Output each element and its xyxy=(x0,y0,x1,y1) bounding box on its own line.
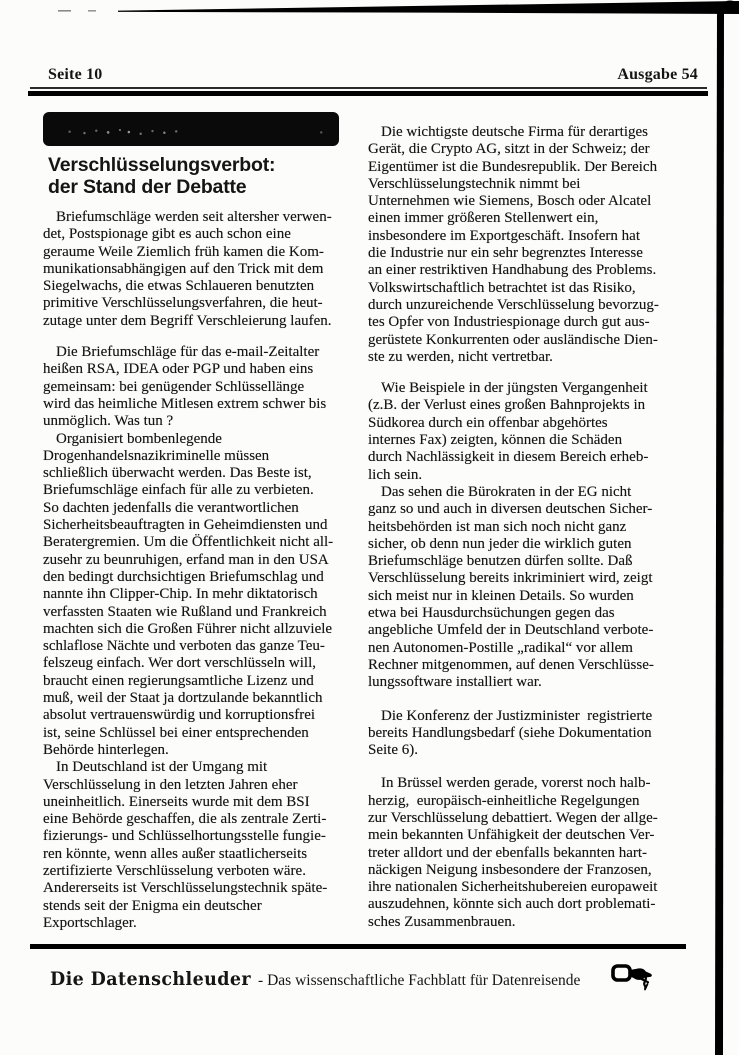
right-column: Die wichtigste deutsche Firma für derart… xyxy=(368,124,671,931)
page-header: Seite 10 Ausgabe 54 xyxy=(48,66,698,84)
page-footer: Die Datenschleuder - Das wissenschaftlic… xyxy=(50,970,690,990)
article-paragraph-left-4: In Deutschland ist der Umgang mit Versch… xyxy=(43,759,346,932)
header-rule-thin xyxy=(30,87,707,89)
article-paragraph-right-2: Wie Beispiele in der jüngsten Vergangenh… xyxy=(368,380,671,484)
publication-title: Die Datenschleuder xyxy=(50,970,251,991)
datenschleuder-hand-logo-icon xyxy=(610,958,666,1010)
scanned-document-page: Seite 10 Ausgabe 54 Verschlüsselungsverb… xyxy=(0,0,739,1055)
scan-speck xyxy=(58,10,71,12)
scan-artifact-right-line xyxy=(715,5,724,1055)
footer-rule xyxy=(30,944,686,949)
article-paragraph-left-1: Briefumschläge werden seit altersher ver… xyxy=(43,209,346,330)
header-rule-thick xyxy=(28,91,708,96)
issue-number-label: Ausgabe 54 xyxy=(617,66,698,84)
article-paragraph-right-3: Das sehen die Bürokraten in der EG nicht… xyxy=(368,484,671,692)
article-paragraph-left-2: Die Briefumschläge für das e-mail-Zeital… xyxy=(43,344,346,430)
article-paragraph-right-1: Die wichtigste deutsche Firma für derart… xyxy=(368,124,671,366)
scan-artifact-corner-blob xyxy=(721,1,739,14)
article-paragraph-right-5: In Brüssel werden gerade, vorerst noch h… xyxy=(368,775,671,931)
left-column: Verschlüsselungsverbot: der Stand der De… xyxy=(43,112,346,932)
article-title: Verschlüsselungsverbot: der Stand der De… xyxy=(48,154,346,198)
article-paragraph-right-4: Die Konferenz der Justizminister registr… xyxy=(368,708,671,760)
page-number-label: Seite 10 xyxy=(48,66,102,84)
scan-speck xyxy=(88,10,96,12)
publication-tagline: - Das wissenschaftliche Fachblatt für Da… xyxy=(258,972,580,990)
scan-artifact-top-line xyxy=(118,1,739,14)
redacted-label-bar xyxy=(43,112,339,146)
article-paragraph-left-3: Organisiert bombenlegende Drogenhandelsn… xyxy=(43,431,346,760)
